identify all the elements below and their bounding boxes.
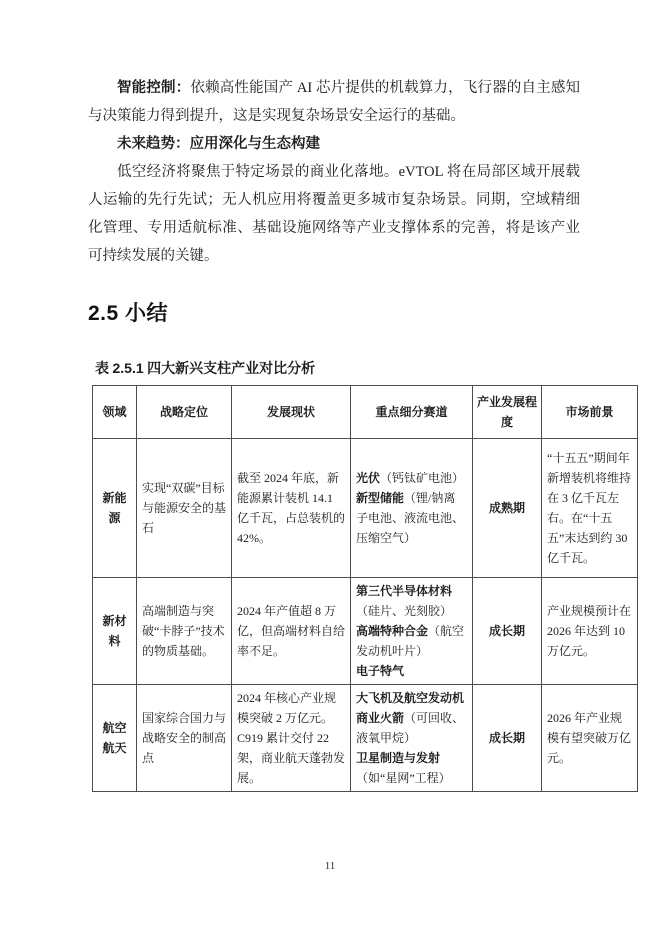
column-header: 战略定位 (137, 386, 232, 439)
cell-stage: 成长期 (473, 578, 542, 685)
table-body: 新能源实现“双碳”目标与能源安全的基石截至 2024 年底，新能源累计装机 14… (93, 439, 638, 792)
cell-domain: 新材料 (93, 578, 137, 685)
cell-stage: 成长期 (473, 685, 542, 792)
cell-strategy: 高端制造与突破“卡脖子”技术的物质基础。 (137, 578, 232, 685)
cell-strategy: 国家综合国力与战略安全的制高点 (137, 685, 232, 792)
column-header: 领域 (93, 386, 137, 439)
table-row: 新能源实现“双碳”目标与能源安全的基石截至 2024 年底，新能源累计装机 14… (93, 439, 638, 578)
cell-domain: 航空 航天 (93, 685, 137, 792)
segment-item: 电子特气 (356, 661, 467, 681)
cell-segments: 大飞机及航空发动机商业火箭（可回收、液氧甲烷）卫星制造与发射（如“星网”工程） (351, 685, 473, 792)
table-row: 航空 航天国家综合国力与战略安全的制高点2024 年核心产业规模突破 2 万亿元… (93, 685, 638, 792)
segment-item: 新型储能（锂/钠离子电池、液流电池、压缩空气） (356, 488, 467, 548)
comparison-table: 领域战略定位发展现状重点细分赛道产业发展程度市场前景 新能源实现“双碳”目标与能… (92, 385, 638, 792)
sub-heading: 未来趋势：应用深化与生态构建 (88, 130, 580, 158)
section-heading: 2.5 小结 (88, 297, 580, 327)
page-number: 11 (0, 860, 660, 872)
page-content: 智能控制：依赖高性能国产 AI 芯片提供的机载算力，飞行器的自主感知与决策能力得… (0, 0, 660, 792)
paragraph: 低空经济将聚焦于特定场景的商业化落地。eVTOL 将在局部区域开展载人运输的先行… (88, 158, 580, 270)
table-caption: 表 2.5.1 四大新兴支柱产业对比分析 (95, 358, 580, 378)
segment-item: 卫星制造与发射（如“星网”工程） (356, 748, 467, 788)
cell-outlook: “十五五”期间年新增装机将维持在 3 亿千瓦左右。在“十五五”末达到约 30 亿… (542, 439, 638, 578)
column-header: 产业发展程度 (473, 386, 542, 439)
cell-status: 2024 年产值超 8 万亿，但高端材料自给率不足。 (232, 578, 351, 685)
cell-outlook: 产业规模预计在 2026 年达到 10 万亿元。 (542, 578, 638, 685)
body-text: 智能控制：依赖高性能国产 AI 芯片提供的机载算力，飞行器的自主感知与决策能力得… (88, 74, 580, 270)
column-header: 市场前景 (542, 386, 638, 439)
caption-prefix: 表 (95, 362, 109, 377)
caption-number: 2.5.1 (113, 360, 144, 376)
cell-segments: 第三代半导体材料（硅片、光刻胶）高端特种合金（航空发动机叶片）电子特气 (351, 578, 473, 685)
segment-item: 大飞机及航空发动机 (356, 688, 467, 708)
table-row: 新材料高端制造与突破“卡脖子”技术的物质基础。2024 年产值超 8 万亿，但高… (93, 578, 638, 685)
cell-status: 截至 2024 年底，新能源累计装机 14.1 亿千瓦，占总装机的 42%。 (232, 439, 351, 578)
segment-item: 商业火箭（可回收、液氧甲烷） (356, 708, 467, 748)
caption-title: 四大新兴支柱产业对比分析 (147, 362, 315, 377)
cell-domain: 新能源 (93, 439, 137, 578)
segment-item: 第三代半导体材料（硅片、光刻胶） (356, 581, 467, 621)
table-head: 领域战略定位发展现状重点细分赛道产业发展程度市场前景 (93, 386, 638, 439)
document-page: 智能控制：依赖高性能国产 AI 芯片提供的机载算力，飞行器的自主感知与决策能力得… (0, 0, 660, 934)
paragraph: 智能控制：依赖高性能国产 AI 芯片提供的机载算力，飞行器的自主感知与决策能力得… (88, 74, 580, 130)
segment-item: 高端特种合金（航空发动机叶片） (356, 621, 467, 661)
cell-outlook: 2026 年产业规模有望突破万亿元。 (542, 685, 638, 792)
cell-stage: 成熟期 (473, 439, 542, 578)
cell-strategy: 实现“双碳”目标与能源安全的基石 (137, 439, 232, 578)
table-header-row: 领域战略定位发展现状重点细分赛道产业发展程度市场前景 (93, 386, 638, 439)
cell-segments: 光伏（钙钛矿电池）新型储能（锂/钠离子电池、液流电池、压缩空气） (351, 439, 473, 578)
column-header: 发展现状 (232, 386, 351, 439)
column-header: 重点细分赛道 (351, 386, 473, 439)
segment-item: 光伏（钙钛矿电池） (356, 468, 467, 488)
cell-status: 2024 年核心产业规模突破 2 万亿元。C919 累计交付 22 架，商业航天… (232, 685, 351, 792)
